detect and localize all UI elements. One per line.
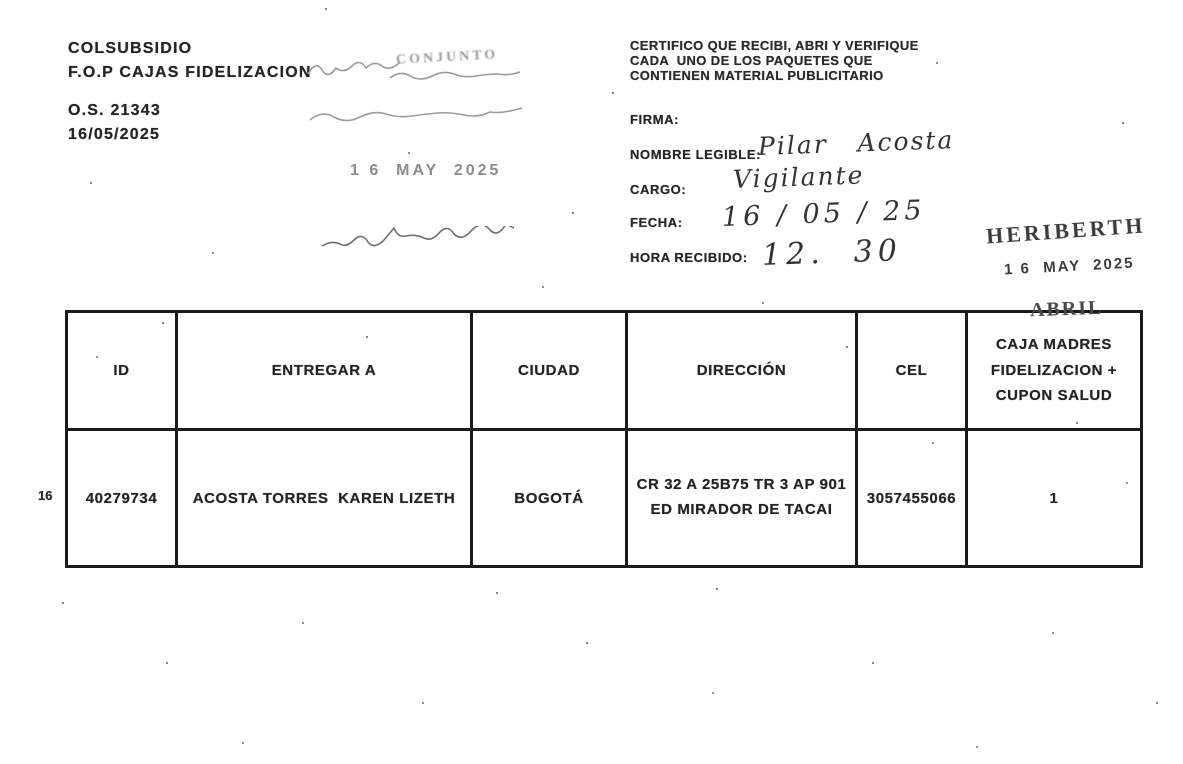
delivery-table: ID ENTREGAR A CIUDAD DIRECCIÓN CEL CAJA … [65,310,1143,568]
cell-entregar-a: ACOSTA TORRES KAREN LIZETH [177,430,472,567]
scan-noise [0,0,2,2]
cargo-label: CARGO: [630,182,686,197]
col-header-entregar-a: ENTREGAR A [177,312,472,430]
scanned-delivery-receipt: COLSUBSIDIO F.O.P CAJAS FIDELIZACION O.S… [0,0,1183,764]
fecha-handwritten: 16 / 05 / 25 [721,195,926,233]
cell-ciudad: BOGOTÁ [472,430,627,567]
stamp-scribble-icon [388,66,522,86]
firma-label: FIRMA: [630,112,679,127]
col-header-caja-madres: CAJA MADRES FIDELIZACION + CUPON SALUD [967,312,1142,430]
stamp-scribble-icon [308,106,524,128]
certification-line: CERTIFICO QUE RECIBI, ABRI Y VERIFIQUE [630,38,919,53]
order-number: O.S. 21343 [68,102,161,120]
hora-recibido-handwritten: 12. 30 [761,233,902,273]
cell-direccion: CR 32 A 25B75 TR 3 AP 901 ED MIRADOR DE … [627,430,857,567]
col-header-cel: CEL [857,312,967,430]
company-name: COLSUBSIDIO [68,40,192,58]
certification-line: CONTIENEN MATERIAL PUBLICITARIO [630,68,884,83]
col-header-ciudad: CIUDAD [472,312,627,430]
nombre-legible-label: NOMBRE LEGIBLE: [630,147,761,162]
receiver-name-stamp: HERIBERTH [985,212,1146,249]
receiver-month-stamp: ABRIL [1030,297,1104,323]
order-date: 16/05/2025 [68,126,160,144]
col-header-direccion: DIRECCIÓN [627,312,857,430]
cell-caja: 1 [967,430,1142,567]
date-stamp-faint: 1 6 MAY 2025 [350,162,501,180]
cell-cel: 3057455066 [857,430,967,567]
hora-recibido-label: HORA RECIBIDO: [630,250,748,265]
nombre-legible-handwritten: Pilar Acosta [757,125,954,161]
signature-scribble-icon [320,226,524,254]
row-number: 16 [38,488,52,503]
program-line: F.O.P CAJAS FIDELIZACION [68,64,312,82]
fecha-label: FECHA: [630,215,683,230]
certification-line: CADA UNO DE LOS PAQUETES QUE [630,53,873,68]
receiver-date-stamp: 1 6 MAY 2025 [1004,255,1135,279]
col-header-id: ID [67,312,177,430]
table-header-row: ID ENTREGAR A CIUDAD DIRECCIÓN CEL CAJA … [67,312,1142,430]
table-row: 40279734 ACOSTA TORRES KAREN LIZETH BOGO… [67,430,1142,567]
cargo-handwritten: Vigilante [732,160,864,194]
cell-id: 40279734 [67,430,177,567]
